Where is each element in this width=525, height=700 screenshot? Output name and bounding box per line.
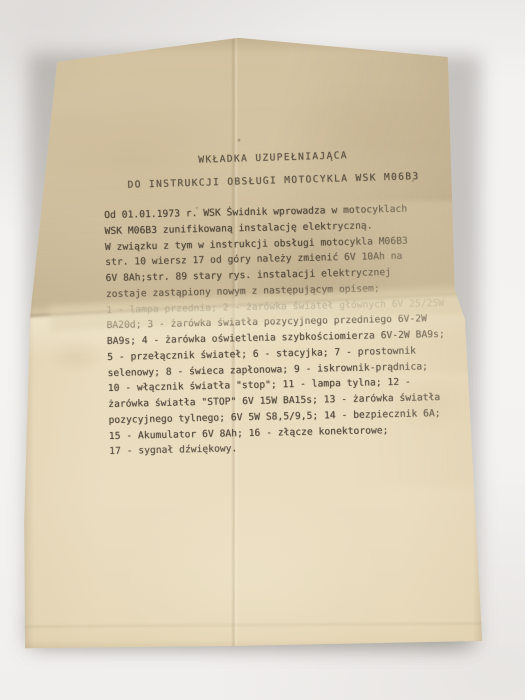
right-fade-overlay-middle bbox=[340, 318, 480, 373]
right-fade-overlay-lower bbox=[355, 381, 480, 486]
paper-sheet: WKŁADKA UZUPEŁNIAJĄCA DO INSTRUKCJI OBSŁ… bbox=[20, 36, 485, 652]
document-title-line-2: DO INSTRUKCJI OBSŁUGI MOTOCYKLA WSK M06B… bbox=[103, 170, 443, 191]
photo-scene: WKŁADKA UZUPEŁNIAJĄCA DO INSTRUKCJI OBSŁ… bbox=[0, 0, 525, 700]
